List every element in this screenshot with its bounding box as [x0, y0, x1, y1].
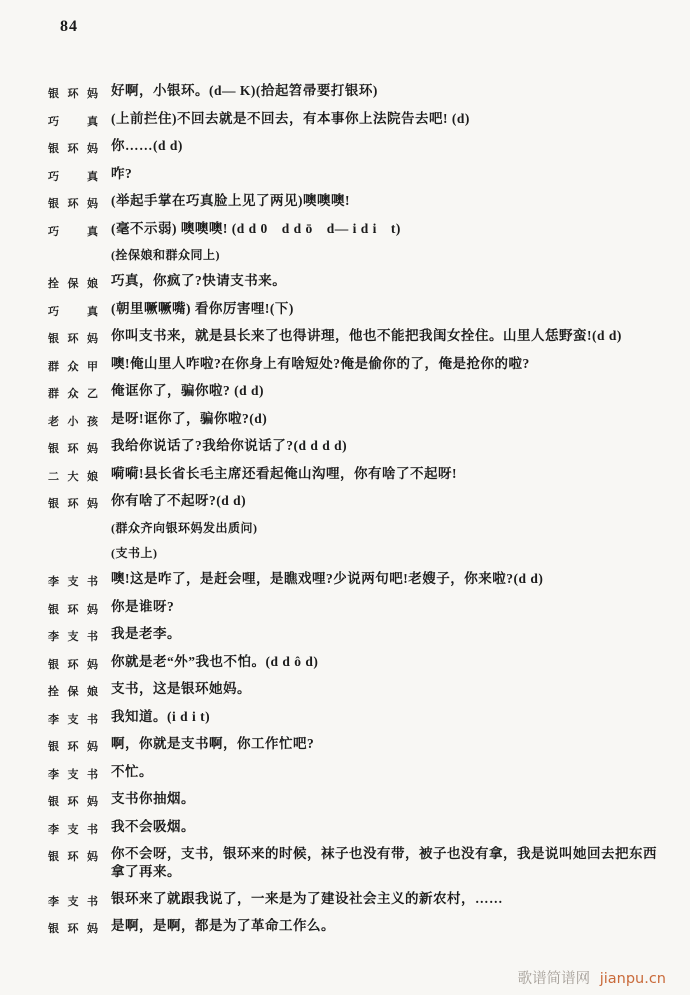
- dialogue-text: 噢!俺山里人咋啦?在你身上有啥短处?俺是偷你的了，俺是抢你的啦?: [111, 355, 530, 373]
- script-line: 银环妈 啊，你就是支书啊，你工作忙吧?: [48, 735, 664, 754]
- speaker-name: 银环妈: [48, 845, 98, 864]
- script-line: 银环妈 我给你说话了?我给你说话了?(d d d d): [48, 437, 664, 456]
- watermark-site-url: jianpu.cn: [600, 971, 666, 987]
- script-line: 李支书 噢!这是咋了，是赶会哩，是瞧戏哩?少说两句吧!老嫂子，你来啦?(d d): [48, 570, 664, 589]
- speaker-name: [48, 247, 98, 250]
- script-line: 李支书 银环来了就跟我说了，一来是为了建设社会主义的新农村，……: [48, 890, 664, 909]
- dialogue-text: 你叫支书来，就是县长来了也得讲理，他也不能把我闺女拴住。山里人恁野蛮!(d d): [111, 327, 622, 345]
- watermark-site-name: 歌谱简谱网: [518, 971, 591, 987]
- speaker-name: 银环妈: [48, 653, 98, 672]
- speaker-name: 银环妈: [48, 82, 98, 101]
- speaker-name: 银环妈: [48, 437, 98, 456]
- speaker-name: 巧 真: [48, 110, 98, 129]
- dialogue-text: (朝里噘噘嘴) 看你厉害哩!(下): [111, 300, 294, 318]
- dialogue-text: 我知道。(i d i t): [111, 708, 210, 726]
- speaker-name: 银环妈: [48, 137, 98, 156]
- speaker-name: 银环妈: [48, 192, 98, 211]
- dialogue-text: (群众齐向银环妈发出质问): [111, 520, 258, 537]
- script-line: 群众甲 噢!俺山里人咋啦?在你身上有啥短处?俺是偷你的了，俺是抢你的啦?: [48, 355, 664, 374]
- speaker-name: 李支书: [48, 708, 98, 727]
- script-line: (支书上): [48, 545, 664, 562]
- dialogue-text: 我不会吸烟。: [111, 818, 195, 836]
- script-line: 巧 真 (朝里噘噘嘴) 看你厉害哩!(下): [48, 300, 664, 319]
- script-line: 银环妈 你是谁呀?: [48, 598, 664, 617]
- script-line: 李支书 我不会吸烟。: [48, 818, 664, 837]
- script-line: 李支书 我是老李。: [48, 625, 664, 644]
- dialogue-text: (拴保娘和群众同上): [111, 247, 220, 264]
- speaker-name: 银环妈: [48, 790, 98, 809]
- watermark: 歌谱简谱网 jianpu.cn: [518, 967, 666, 988]
- speaker-name: 银环妈: [48, 598, 98, 617]
- dialogue-text: 你不会呀，支书，银环来的时候，袜子也没有带，被子也没有拿，我是说叫她回去把东西拿…: [111, 845, 664, 881]
- speaker-name: 群众乙: [48, 382, 98, 401]
- script-line: 银环妈 好啊，小银环。(d— K)(拾起笤帚要打银环): [48, 82, 664, 101]
- script-line: 银环妈 (举起手掌在巧真脸上见了两见)噢噢噢!: [48, 192, 664, 211]
- script-line: 巧 真 咋?: [48, 165, 664, 184]
- dialogue-text: 嗬嗬!县长省长毛主席还看起俺山沟哩，你有啥了不起呀!: [111, 465, 457, 483]
- script-line: (拴保娘和群众同上): [48, 247, 664, 264]
- dialogue-text: 你是谁呀?: [111, 598, 174, 616]
- speaker-name: 李支书: [48, 890, 98, 909]
- script-line: 老小孩 是呀!诓你了，骗你啦?(d): [48, 410, 664, 429]
- speaker-name: 银环妈: [48, 327, 98, 346]
- speaker-name: [48, 545, 98, 548]
- dialogue-text: 俺诓你了，骗你啦? (d d): [111, 382, 264, 400]
- dialogue-text: 是啊，是啊，都是为了革命工作么。: [111, 917, 335, 935]
- speaker-name: 拴保娘: [48, 680, 98, 699]
- dialogue-text: (毫不示弱) 噢噢噢! (d d 0 d d ō d— i d i t): [111, 220, 401, 238]
- speaker-name: 巧 真: [48, 220, 98, 239]
- script-line: 银环妈 你不会呀，支书，银环来的时候，袜子也没有带，被子也没有拿，我是说叫她回去…: [48, 845, 664, 881]
- script-line: 群众乙 俺诓你了，骗你啦? (d d): [48, 382, 664, 401]
- dialogue-text: 啊，你就是支书啊，你工作忙吧?: [111, 735, 314, 753]
- script-line: 银环妈 支书你抽烟。: [48, 790, 664, 809]
- script-line: 李支书 不忙。: [48, 763, 664, 782]
- speaker-name: 李支书: [48, 625, 98, 644]
- dialogue-text: 我给你说话了?我给你说话了?(d d d d): [111, 437, 347, 455]
- script-line: 银环妈 你……(d d): [48, 137, 664, 156]
- script-line: 银环妈 你叫支书来，就是县长来了也得讲理，他也不能把我闺女拴住。山里人恁野蛮!(…: [48, 327, 664, 346]
- dialogue-text: 银环来了就跟我说了，一来是为了建设社会主义的新农村，……: [111, 890, 503, 908]
- speaker-name: 银环妈: [48, 917, 98, 936]
- page-number: 84: [60, 18, 78, 36]
- script-line: 李支书 我知道。(i d i t): [48, 708, 664, 727]
- dialogue-text: (上前拦住)不回去就是不回去，有本事你上法院告去吧! (d): [111, 110, 470, 128]
- script-line: 拴保娘 巧真，你疯了?快请支书来。: [48, 272, 664, 291]
- dialogue-text: 支书，这是银环她妈。: [111, 680, 251, 698]
- script-line: 二大娘 嗬嗬!县长省长毛主席还看起俺山沟哩，你有啥了不起呀!: [48, 465, 664, 484]
- dialogue-text: 支书你抽烟。: [111, 790, 195, 808]
- speaker-name: 拴保娘: [48, 272, 98, 291]
- dialogue-text: 你……(d d): [111, 137, 183, 155]
- dialogue-text: 咋?: [111, 165, 132, 183]
- script-page: 84 银环妈 好啊，小银环。(d— K)(拾起笤帚要打银环) 巧 真 (上前拦住…: [0, 0, 690, 995]
- script-line: 巧 真 (上前拦住)不回去就是不回去，有本事你上法院告去吧! (d): [48, 110, 664, 129]
- dialogue-text: 好啊，小银环。(d— K)(拾起笤帚要打银环): [111, 82, 378, 100]
- script-line: 拴保娘 支书，这是银环她妈。: [48, 680, 664, 699]
- script-line: (群众齐向银环妈发出质问): [48, 520, 664, 537]
- speaker-name: 银环妈: [48, 492, 98, 511]
- dialogue-text: 是呀!诓你了，骗你啦?(d): [111, 410, 267, 428]
- speaker-name: 李支书: [48, 763, 98, 782]
- script-body: 银环妈 好啊，小银环。(d— K)(拾起笤帚要打银环) 巧 真 (上前拦住)不回…: [48, 82, 664, 945]
- dialogue-text: 巧真，你疯了?快请支书来。: [111, 272, 286, 290]
- speaker-name: 老小孩: [48, 410, 98, 429]
- dialogue-text: 噢!这是咋了，是赶会哩，是瞧戏哩?少说两句吧!老嫂子，你来啦?(d d): [111, 570, 543, 588]
- speaker-name: 群众甲: [48, 355, 98, 374]
- speaker-name: 巧 真: [48, 165, 98, 184]
- dialogue-text: 你有啥了不起呀?(d d): [111, 492, 246, 510]
- speaker-name: [48, 520, 98, 523]
- dialogue-text: 你就是老“外”我也不怕。(d d ô d): [111, 653, 318, 671]
- dialogue-text: 我是老李。: [111, 625, 181, 643]
- dialogue-text: 不忙。: [111, 763, 153, 781]
- speaker-name: 巧 真: [48, 300, 98, 319]
- script-line: 银环妈 你有啥了不起呀?(d d): [48, 492, 664, 511]
- script-line: 银环妈 你就是老“外”我也不怕。(d d ô d): [48, 653, 664, 672]
- script-line: 银环妈 是啊，是啊，都是为了革命工作么。: [48, 917, 664, 936]
- speaker-name: 银环妈: [48, 735, 98, 754]
- speaker-name: 二大娘: [48, 465, 98, 484]
- speaker-name: 李支书: [48, 570, 98, 589]
- dialogue-text: (支书上): [111, 545, 158, 562]
- speaker-name: 李支书: [48, 818, 98, 837]
- dialogue-text: (举起手掌在巧真脸上见了两见)噢噢噢!: [111, 192, 350, 210]
- script-line: 巧 真 (毫不示弱) 噢噢噢! (d d 0 d d ō d— i d i t): [48, 220, 664, 239]
